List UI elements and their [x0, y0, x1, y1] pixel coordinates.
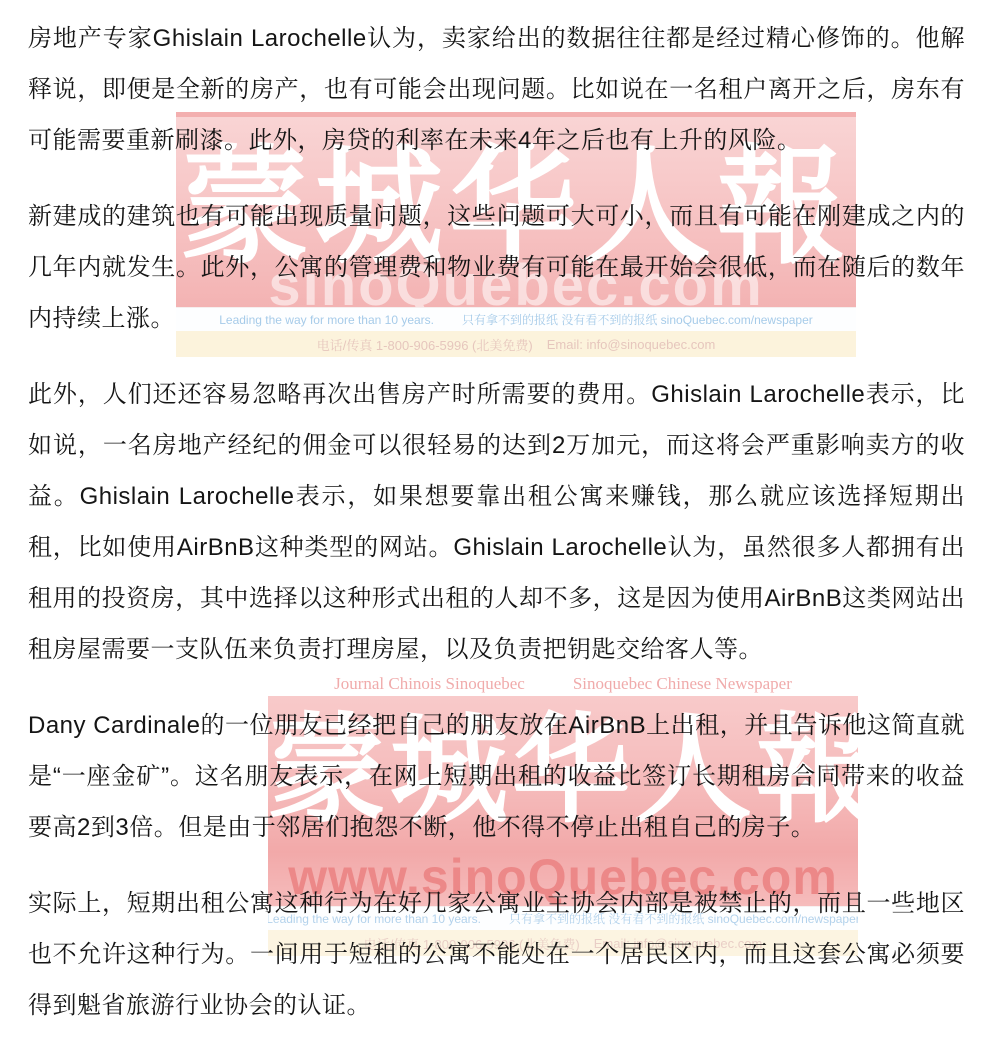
paragraph: Dany Cardinale的一位朋友已经把自己的朋友放在AirBnB上出租，并… — [28, 700, 965, 853]
paragraph: 实际上，短期出租公寓这种行为在好几家公寓业主协会内部是被禁止的，而且一些地区也不… — [28, 878, 965, 1031]
paragraph: 新建成的建筑也有可能出现质量问题，这些问题可大可小，而且有可能在刚建成之内的几年… — [28, 191, 965, 344]
paragraph: 房地产专家Ghislain Larochelle认为，卖家给出的数据往往都是经过… — [28, 13, 965, 166]
paragraph: 此外，人们还还容易忽略再次出售房产时所需要的费用。Ghislain Laroch… — [28, 369, 965, 675]
article-body: 房地产专家Ghislain Larochelle认为，卖家给出的数据往往都是经过… — [0, 0, 993, 1031]
